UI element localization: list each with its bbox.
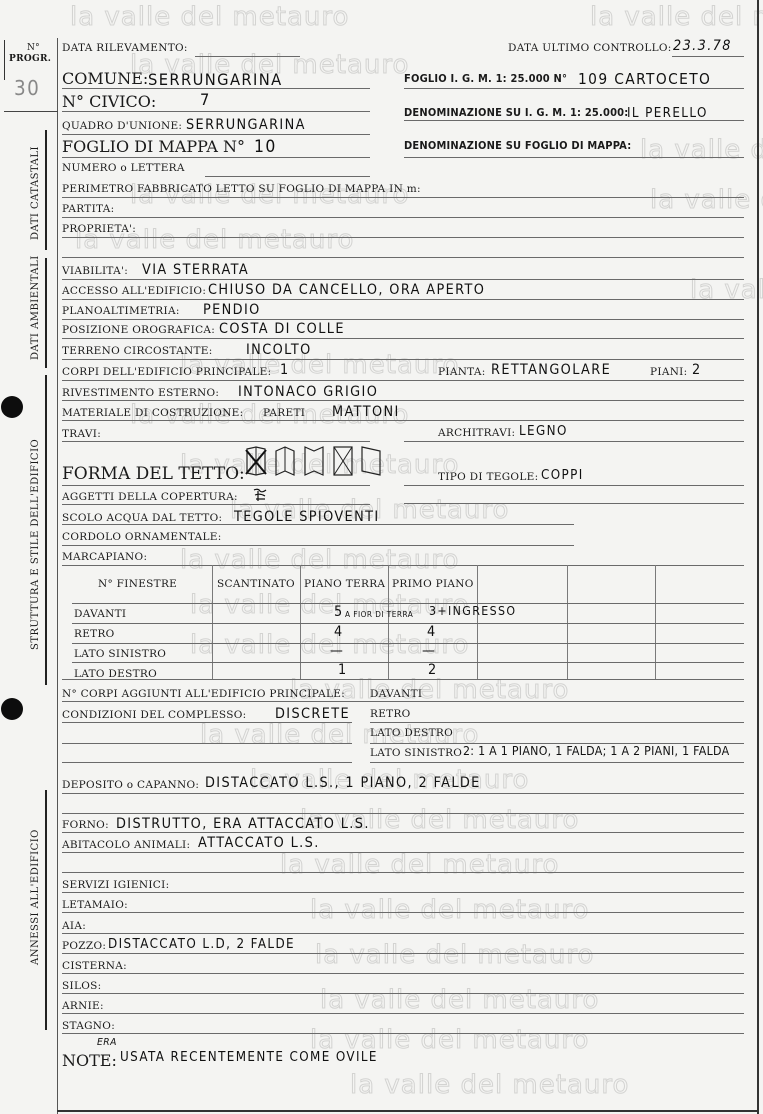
roof-type-5-icon[interactable] [360, 446, 382, 476]
cisterna-label: CISTERNA: [62, 960, 127, 972]
brace [45, 258, 47, 368]
servizi-label: SERVIZI IGIENICI: [62, 879, 169, 891]
watermark: la valle del metauro [310, 895, 589, 925]
rule [62, 545, 574, 546]
rule [62, 504, 370, 505]
cell-piano-terra[interactable]: 5 [334, 604, 344, 620]
forma-tetto-label: FORMA DEL TETTO: [62, 464, 245, 484]
forno-label: FORNO: [62, 819, 109, 831]
cell-primo-piano[interactable]: 4 [427, 624, 437, 640]
denominazione-igm-value[interactable]: IL PERELLO [627, 106, 708, 121]
foglio-mappa-value[interactable]: 10 [254, 137, 277, 157]
foglio-igm-label: FOGLIO I. G. M. 1: 25.000 N° [404, 72, 567, 85]
progr-box-bottom [4, 111, 58, 112]
rule [62, 420, 744, 421]
architravi-label: ARCHITRAVI: [438, 427, 515, 439]
architravi-value[interactable]: LEGNO [519, 424, 568, 439]
partita-label: PARTITA: [62, 203, 115, 215]
table-row-rule [72, 623, 744, 624]
brace [45, 790, 47, 1030]
watermark: la valle del metauro [590, 2, 763, 32]
rule [62, 743, 352, 744]
roof-type-4-icon[interactable] [332, 446, 354, 476]
denominazione-igm-label: DENOMINAZIONE SU I. G. M. 1: 25.000: [404, 106, 628, 119]
note-insert: ERA [97, 1037, 117, 1048]
rule [62, 319, 744, 320]
watermark: la valle del metauro [70, 2, 349, 32]
rule [62, 973, 744, 974]
table-row-rule [72, 643, 744, 644]
note-value[interactable]: USATA RECENTEMENTE COME OVILE [120, 1050, 378, 1065]
rule [370, 762, 744, 763]
stagno-label: STAGNO: [62, 1020, 115, 1032]
quadro-unione-value[interactable]: SERRUNGARINA [186, 117, 306, 133]
davanti-label: DAVANTI [370, 688, 422, 700]
pozzo-value[interactable]: DISTACCATO L.D, 2 FALDE [108, 937, 295, 952]
table-row-rule [72, 662, 744, 663]
rule [62, 197, 744, 198]
viabilita-value[interactable]: VIA STERRATA [142, 262, 249, 278]
rule [62, 111, 370, 112]
foglio-mappa-label: FOGLIO DI MAPPA N° [62, 137, 245, 156]
cornice-sketch-icon [252, 487, 268, 503]
section-label-annessi: ANNESSI ALL'EDIFICIO [30, 829, 41, 965]
pozzo-label: POZZO: [62, 940, 106, 952]
roof-type-3-icon[interactable] [303, 446, 325, 476]
punch-hole [1, 698, 23, 720]
cell-piano-terra[interactable]: 1 [338, 662, 348, 678]
abitacolo-label: ABITACOLO ANIMALI: [62, 839, 190, 851]
cell-primo-piano[interactable]: 2 [428, 662, 438, 678]
proprieta-label: PROPRIETA': [62, 223, 136, 235]
watermark: la valle del metauro [320, 985, 599, 1015]
materiale-label: MATERIALE DI COSTRUZIONE: [62, 407, 243, 419]
rule [62, 380, 744, 381]
silos-label: SILOS: [62, 980, 101, 992]
rule [62, 793, 744, 794]
rule [62, 359, 744, 360]
civico-value[interactable]: 7 [200, 90, 211, 109]
rule [205, 176, 370, 177]
rule [404, 485, 744, 486]
rule [62, 933, 744, 934]
rule [404, 88, 744, 89]
left-border [57, 38, 58, 1114]
table-header: PRIMO PIANO [392, 578, 474, 590]
progr-box-left [4, 40, 5, 80]
quadro-unione-label: QUADRO D'UNIONE: [62, 120, 182, 132]
corpi-label: CORPI DELL'EDIFICIO PRINCIPALE: [62, 366, 271, 378]
foglio-igm-value[interactable]: 109 CARTOCETO [578, 70, 711, 88]
note-label: NOTE: [62, 1051, 117, 1070]
rule [62, 762, 352, 763]
planoaltimetria-value[interactable]: PENDIO [203, 302, 261, 318]
aggetti-label: AGGETTI DELLA COPERTURA: [62, 491, 238, 503]
corpi-value[interactable]: 1 [280, 362, 290, 378]
brace [45, 375, 47, 685]
table-row-rule [72, 603, 744, 604]
watermark: la valle del metauro [640, 135, 763, 165]
rule [62, 813, 744, 814]
lato-destro-label: LATO DESTRO [370, 727, 453, 739]
rule [404, 503, 744, 504]
materiale-value[interactable]: MATTONI [332, 404, 400, 420]
terreno-value[interactable]: INCOLTO [246, 342, 312, 358]
pianta-value[interactable]: RETTANGOLARE [491, 362, 611, 378]
cell-primo-piano[interactable]: 3+INGRESSO [429, 604, 517, 618]
rule [62, 485, 370, 486]
scolo-label: SCOLO ACQUA DAL TETTO: [62, 512, 222, 524]
data-rilevamento-label: DATA RILEVAMENTO: [62, 42, 188, 54]
rule [404, 120, 744, 121]
deposito-label: DEPOSITO o CAPANNO: [62, 779, 199, 791]
watermark: la valle del metauro [315, 940, 594, 970]
scolo-value[interactable]: TEGOLE SPIOVENTI [234, 509, 380, 525]
planoaltimetria-label: PLANOALTIMETRIA: [62, 305, 180, 317]
rule [62, 237, 744, 238]
perimetro-label: PERIMETRO FABBRICATO LETTO SU FOGLIO DI … [62, 183, 421, 195]
rule [62, 832, 744, 833]
table-row-rule [62, 679, 744, 680]
rule [62, 279, 744, 280]
cell-primo-piano[interactable]: — [422, 643, 436, 659]
rule [404, 441, 744, 442]
deposito-value[interactable]: DISTACCATO L.S., 1 PIANO, 2 FALDE [205, 775, 481, 791]
rule [62, 852, 744, 853]
data-ultimo-controllo-value[interactable]: 23.3.78 [673, 38, 732, 54]
rivestimento-value[interactable]: INTONACO GRIGIO [238, 384, 378, 400]
watermark: la valle del metauro [280, 850, 559, 880]
corpi-aggiunti-label: N° CORPI AGGIUNTI ALL'EDIFICIO PRINCIPAL… [62, 688, 345, 700]
table-header: SCANTINATO [217, 578, 295, 590]
cordolo-label: CORDOLO ORNAMENTALE: [62, 531, 222, 543]
windows-table: N° FINESTRE SCANTINATO PIANO TERRA PRIMO… [62, 565, 744, 680]
table-header: PIANO TERRA [304, 578, 385, 590]
rule [62, 912, 744, 913]
rule [62, 400, 744, 401]
rule [370, 722, 744, 723]
abitacolo-value[interactable]: ATTACCATO L.S. [198, 835, 320, 851]
tipo-tegole-label: TIPO DI TEGOLE: [438, 471, 538, 483]
rule [672, 56, 744, 57]
piani-value[interactable]: 2 [692, 362, 702, 378]
watermark: la valle del metauro [650, 185, 763, 215]
rule [62, 993, 744, 994]
terreno-label: TERRENO CIRCOSTANTE: [62, 345, 213, 357]
numero-lettera-label: NUMERO o LETTERA [62, 162, 185, 174]
pianta-label: PIANTA: [438, 366, 486, 378]
denominazione-mappa-label: DENOMINAZIONE SU FOGLIO DI MAPPA: [404, 139, 631, 152]
rivestimento-label: RIVESTIMENTO ESTERNO: [62, 387, 219, 399]
materiale-sublabel: PARETI [263, 407, 305, 419]
rule [62, 257, 744, 258]
posizione-label: POSIZIONE OROGRAFICA: [62, 324, 215, 336]
viabilita-label: VIABILITA': [62, 265, 128, 277]
watermark: la valle del metauro [350, 1070, 629, 1100]
roof-type-1-icon[interactable] [244, 446, 268, 476]
punch-hole [1, 396, 23, 418]
tipo-tegole-value[interactable]: COPPI [541, 468, 584, 483]
rule [195, 56, 300, 57]
cell-piano-terra[interactable]: 4 [334, 624, 344, 640]
rule [62, 701, 744, 702]
marcapiano-label: MARCAPIANO: [62, 551, 147, 563]
brace [45, 130, 47, 250]
progr-label: PROGR. [9, 54, 51, 64]
rule [62, 157, 370, 158]
rule [62, 338, 744, 339]
rule [62, 892, 744, 893]
roof-type-2-icon[interactable] [274, 446, 296, 476]
rule [62, 441, 370, 442]
accesso-value[interactable]: CHIUSO DA CANCELLO, ORA APERTO [208, 282, 485, 298]
row-label: LATO SINISTRO [74, 648, 166, 660]
right-border [757, 0, 759, 1114]
rule [62, 872, 744, 873]
rule [62, 217, 744, 218]
bottom-rule [57, 1110, 759, 1112]
accesso-label: ACCESSO ALL'EDIFICIO: [62, 285, 206, 297]
forno-value[interactable]: DISTRUTTO, ERA ATTACCATO L.S. [116, 816, 370, 832]
rule [62, 1013, 744, 1014]
retro-label: RETRO [370, 708, 411, 720]
condizioni-value[interactable]: DISCRETE [275, 706, 350, 722]
rule [62, 953, 744, 954]
rule [62, 134, 370, 135]
rule [62, 88, 370, 89]
progr-value: 30 [14, 76, 40, 100]
posizione-value[interactable]: COSTA DI COLLE [219, 321, 345, 337]
section-label-catastali: DATI CATASTALI [30, 146, 41, 240]
cell-piano-terra-note: A FIOR DI TERRA [345, 610, 413, 619]
rule [62, 299, 744, 300]
section-label-struttura: STRUTTURA E STILE DELL'EDIFICIO [30, 439, 41, 650]
lato-sinistro-label: LATO SINISTRO [370, 747, 462, 759]
progr-label: N° [27, 43, 40, 53]
civico-label: N° CIVICO: [62, 92, 156, 111]
travi-label: TRAVI: [62, 428, 101, 440]
section-label-ambientali: DATI AMBIENTALI [30, 255, 41, 360]
aia-label: AIA: [62, 920, 86, 932]
letamaio-label: LETAMAIO: [62, 899, 128, 911]
condizioni-label: CONDIZIONI DEL COMPLESSO: [62, 709, 246, 721]
piani-label: PIANI: [650, 366, 687, 378]
data-ultimo-controllo-label: DATA ULTIMO CONTROLLO: [508, 42, 672, 54]
comune-label: COMUNE: [62, 69, 148, 88]
rule [404, 157, 744, 158]
comune-value[interactable]: SERRUNGARINA [148, 70, 283, 89]
arnie-label: ARNIE: [62, 1000, 104, 1012]
rule [62, 1033, 744, 1034]
lato-sinistro-value[interactable]: 2: 1 A 1 PIANO, 1 FALDA; 1 A 2 PIANI, 1 … [463, 744, 729, 758]
row-label: LATO DESTRO [74, 668, 157, 680]
rule [62, 524, 574, 525]
row-label: DAVANTI [74, 608, 126, 620]
table-header: N° FINESTRE [98, 578, 177, 590]
rule [62, 722, 352, 723]
cell-piano-terra[interactable]: — [330, 643, 344, 659]
row-label: RETRO [74, 628, 115, 640]
